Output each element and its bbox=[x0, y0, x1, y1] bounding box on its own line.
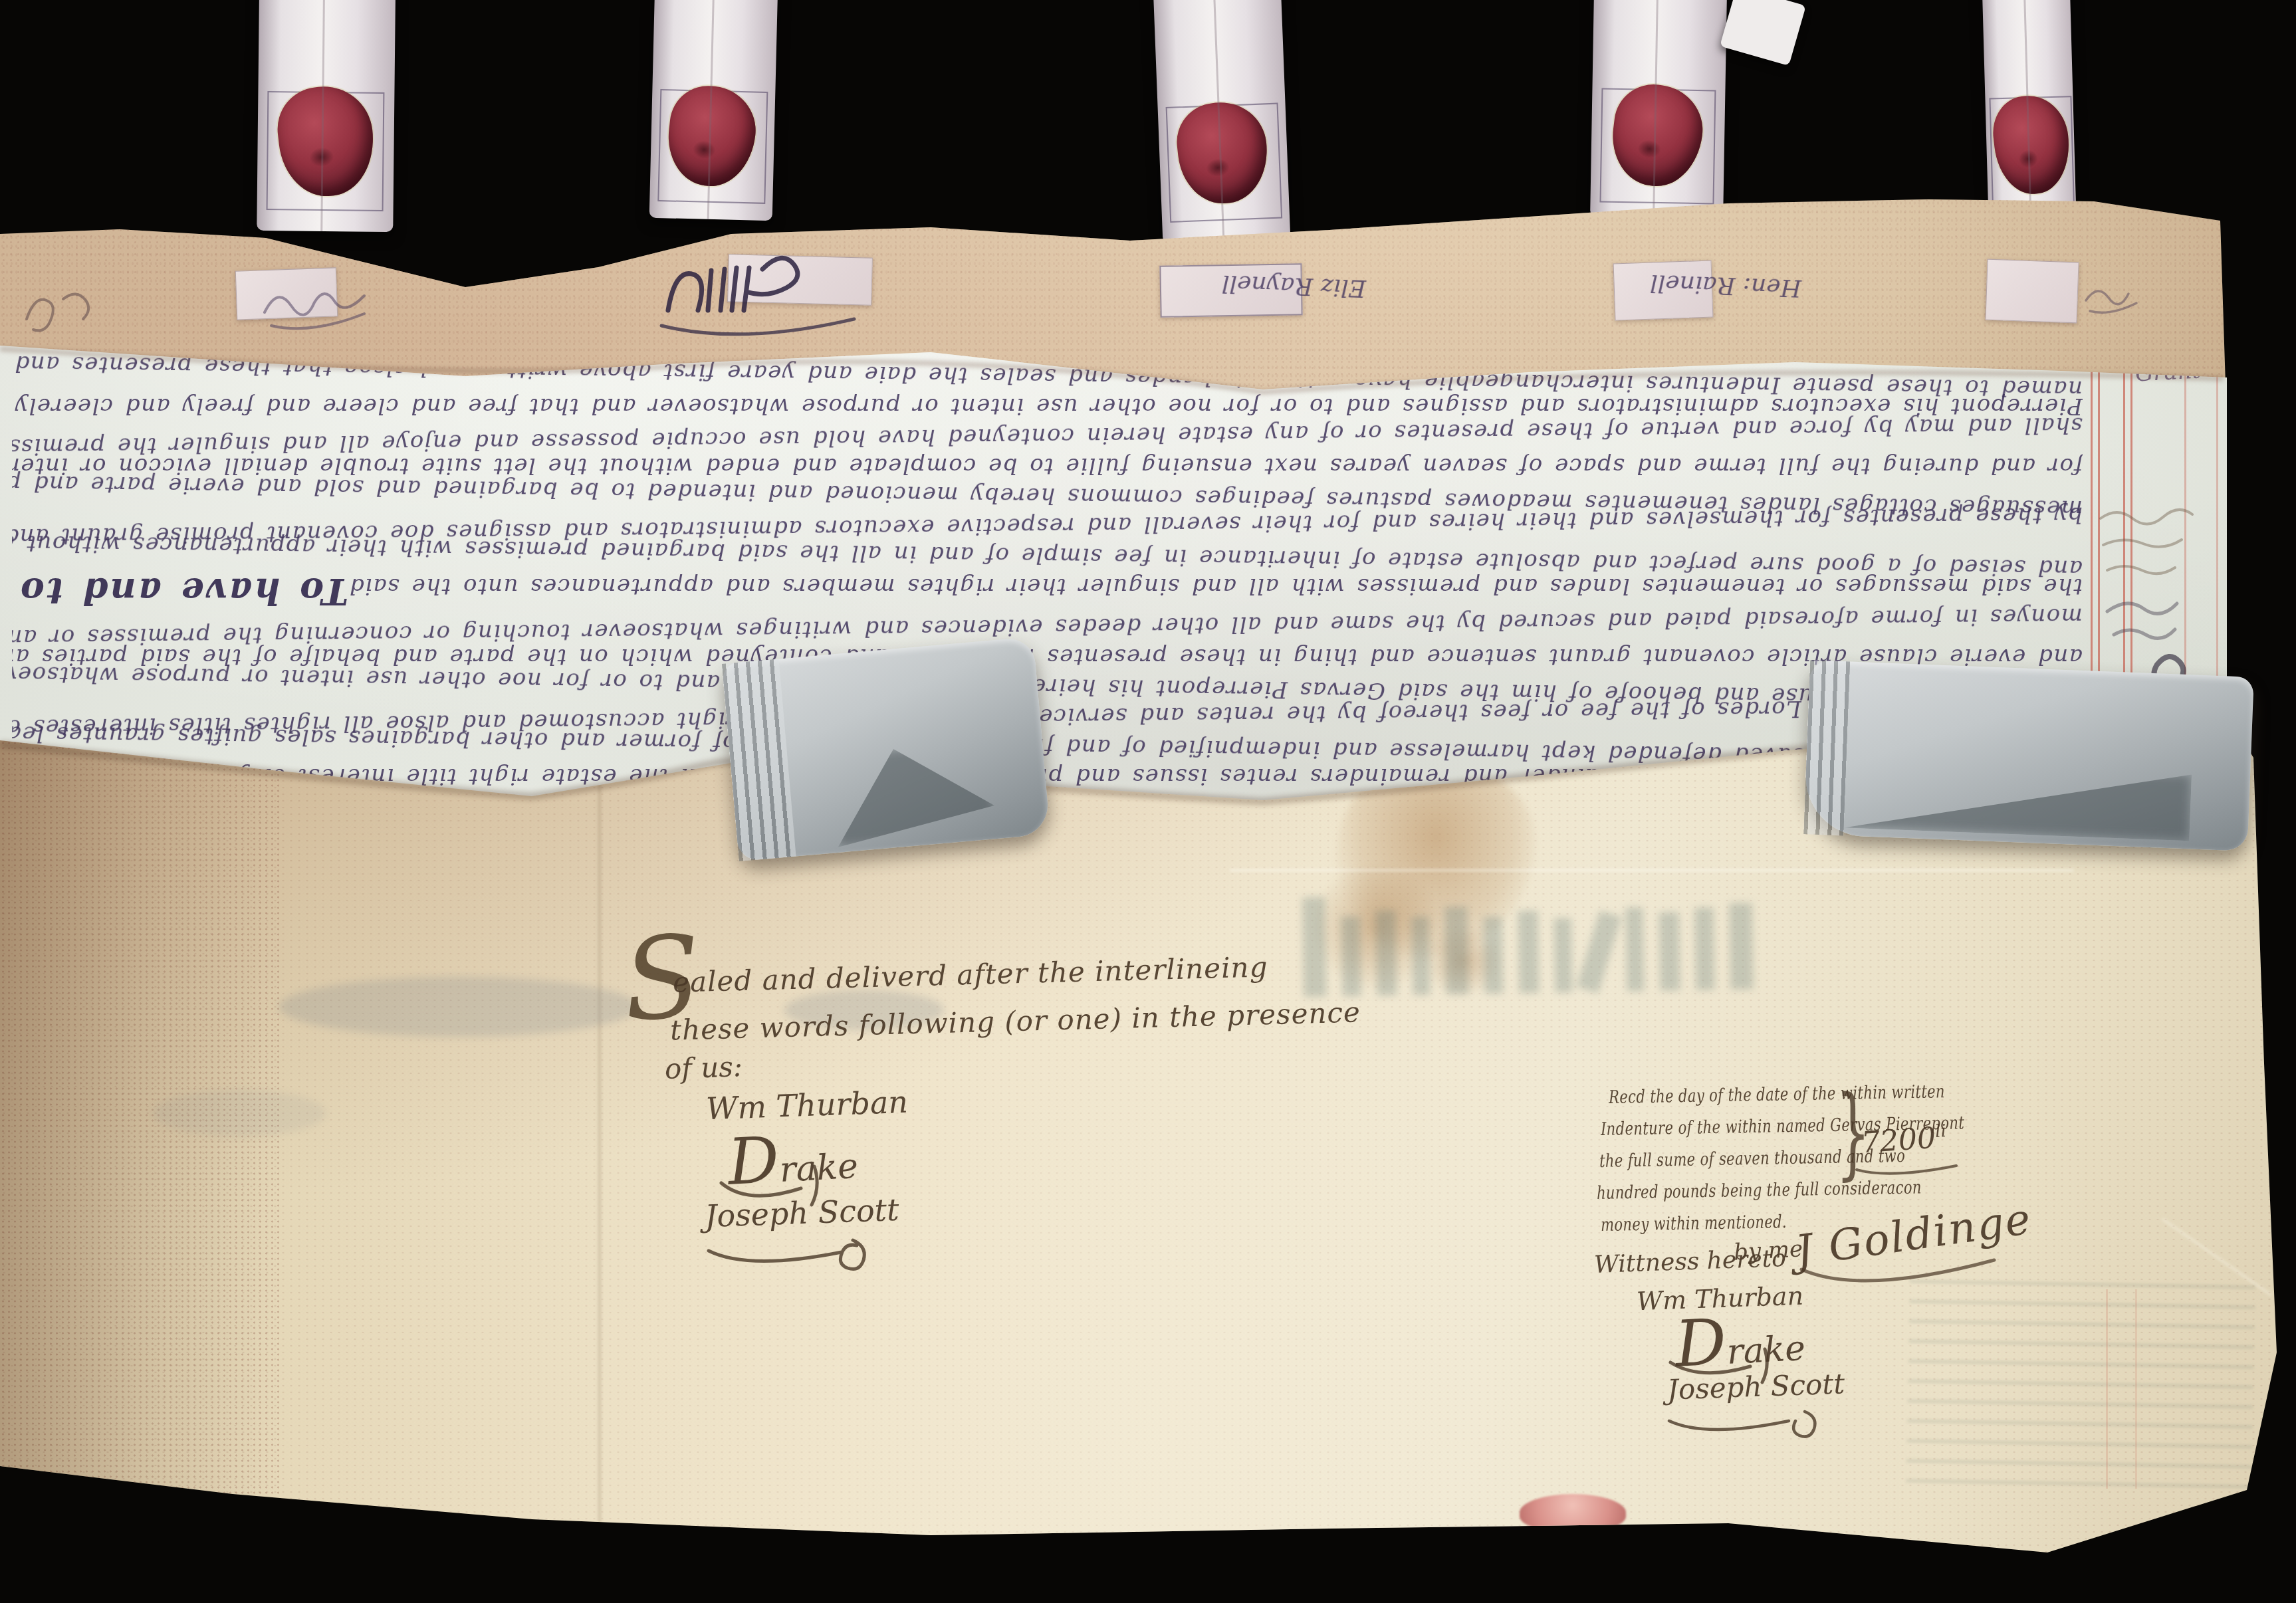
weight-fold-shadow bbox=[1844, 761, 2192, 841]
weight-fold-seam bbox=[1803, 660, 1850, 835]
paper-weight-right bbox=[1803, 660, 2254, 851]
paper-weight-left bbox=[722, 637, 1050, 861]
weight-fold-shadow bbox=[830, 740, 996, 847]
photograph-of-parchment-deed: Eliz Raynell Hen: Rainell named to these… bbox=[0, 0, 2296, 1603]
